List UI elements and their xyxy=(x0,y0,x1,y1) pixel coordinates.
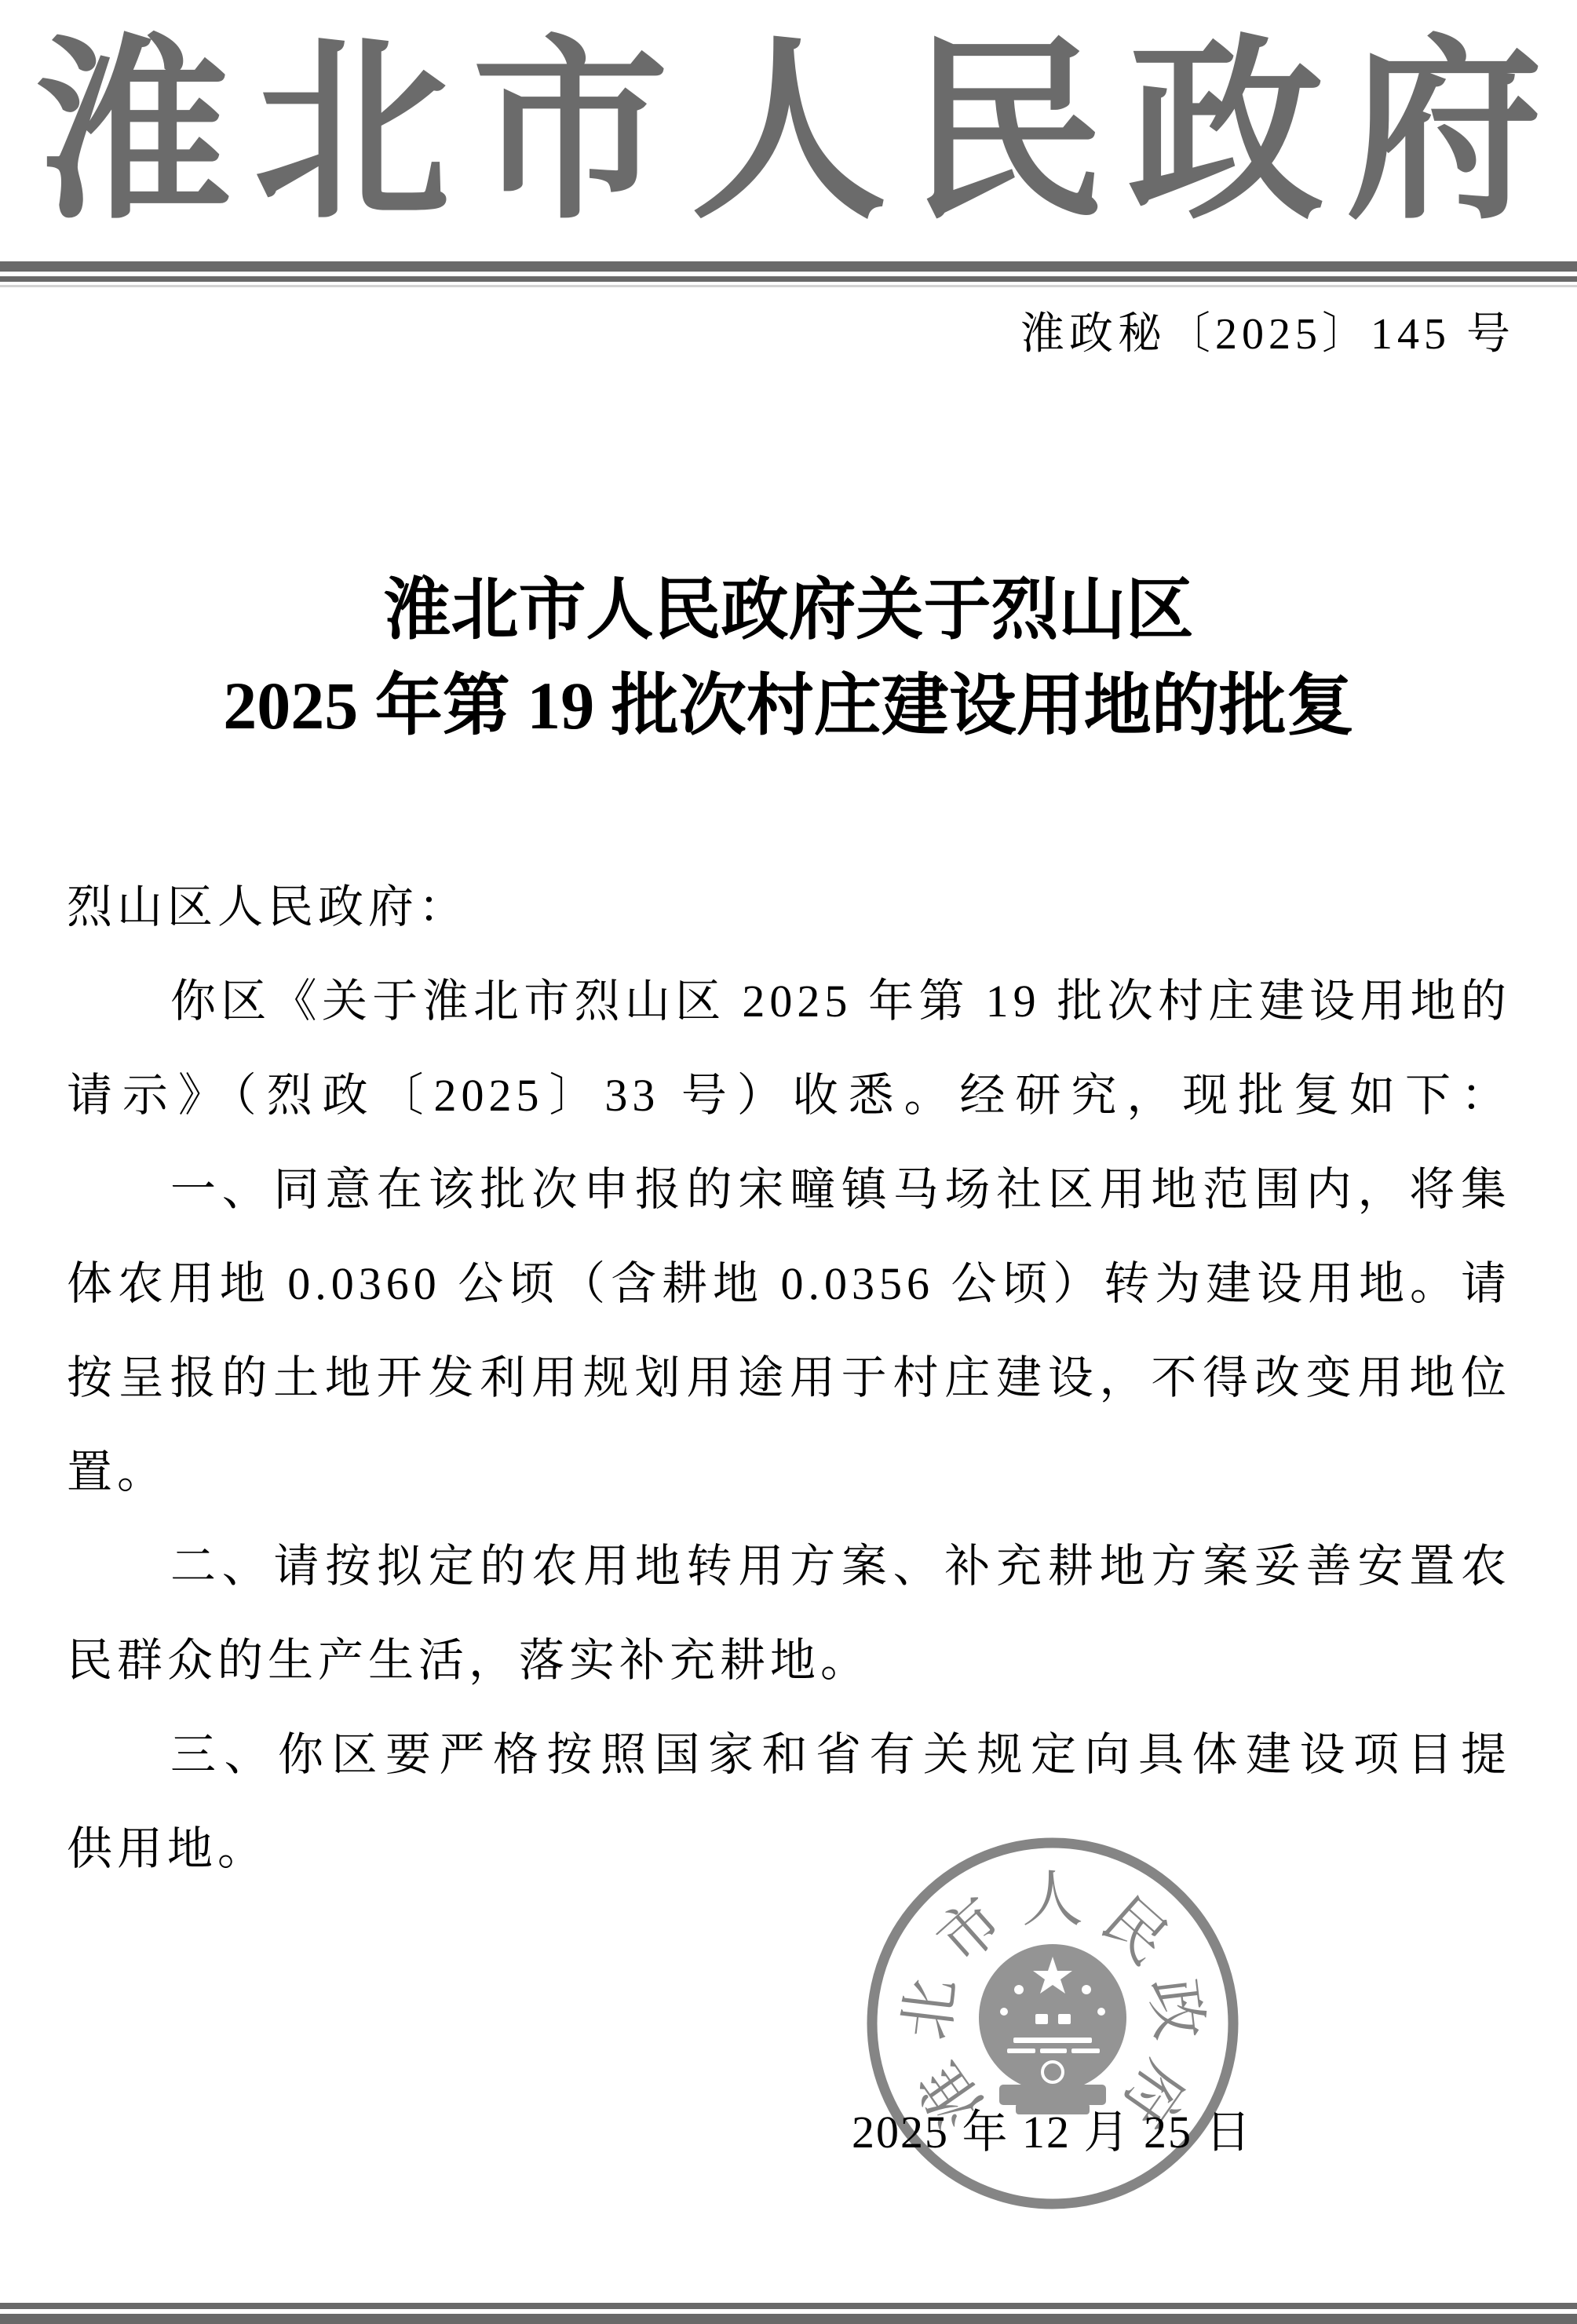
seal-character: 北 xyxy=(892,1975,966,2044)
document-title: 淮北市人民政府关于烈山区 2025 年第 19 批次村庄建设用地的批复 xyxy=(0,562,1577,753)
body-line: 体农用地 0.0360 公顷（含耕地 0.0356 公顷）转为建设用地。请 xyxy=(67,1237,1511,1331)
document-title-line2: 2025 年第 19 批次村庄建设用地的批复 xyxy=(0,658,1577,753)
document-page: 淮北市人民政府 淮政秘〔2025〕145 号 淮北市人民政府关于烈山区 2025… xyxy=(0,0,1577,2324)
masthead-character: 北 xyxy=(254,22,450,246)
header-rule-faint-shadow-line xyxy=(0,285,1577,287)
masthead-character: 府 xyxy=(1346,22,1542,246)
body-line: 三、你区要严格按照国家和省有关规定向具体建设项目提 xyxy=(67,1708,1511,1802)
masthead-character: 人 xyxy=(691,22,887,246)
body-line: 民群众的生产生活，落实补充耕地。 xyxy=(67,1614,1511,1708)
masthead-agency-name: 淮北市人民政府 xyxy=(35,22,1542,250)
footer-rule-thick-bar xyxy=(0,2314,1577,2324)
body-line: 供用地。 xyxy=(67,1802,1511,1896)
body-line: 按呈报的土地开发利用规划用途用于村庄建设，不得改变用地位 xyxy=(67,1331,1511,1425)
document-number: 淮政秘〔2025〕145 号 xyxy=(1020,309,1515,359)
masthead-character: 淮 xyxy=(35,22,232,246)
official-seal: 淮北市人民政府 xyxy=(856,1827,1249,2220)
seal-character: 政 xyxy=(1138,1975,1213,2044)
body-line: 一、同意在该批次申报的宋疃镇马场社区用地范围内，将集 xyxy=(67,1143,1511,1237)
national-emblem-icon xyxy=(979,1944,1126,2114)
body-line: 你区《关于淮北市烈山区 2025 年第 19 批次村庄建设用地的 xyxy=(67,954,1511,1049)
body-line: 置。 xyxy=(67,1425,1511,1520)
document-date: 2025 年 12 月 25 日 xyxy=(852,2105,1253,2160)
masthead-character: 民 xyxy=(909,22,1105,246)
document-title-line1: 淮北市人民政府关于烈山区 xyxy=(0,562,1577,658)
document-body: 烈山区人民政府： 你区《关于淮北市烈山区 2025 年第 19 批次村庄建设用地… xyxy=(67,860,1511,1896)
seal-character: 民 xyxy=(1090,1885,1181,1977)
masthead-character: 政 xyxy=(1128,22,1324,246)
seal-character: 人 xyxy=(1022,1866,1083,1934)
seal-character: 市 xyxy=(925,1885,1016,1977)
header-rule-thin-bar xyxy=(0,276,1577,282)
footer-rule-thin-bar xyxy=(0,2303,1577,2309)
body-line: 请示》（烈政〔2025〕33 号）收悉。经研究，现批复如下： xyxy=(67,1049,1511,1143)
masthead-character: 市 xyxy=(473,22,669,246)
header-double-rule xyxy=(0,261,1577,287)
salutation: 烈山区人民政府： xyxy=(67,860,1511,954)
header-rule-thick-bar xyxy=(0,261,1577,272)
body-line: 二、请按拟定的农用地转用方案、补充耕地方案妥善安置农 xyxy=(67,1520,1511,1614)
